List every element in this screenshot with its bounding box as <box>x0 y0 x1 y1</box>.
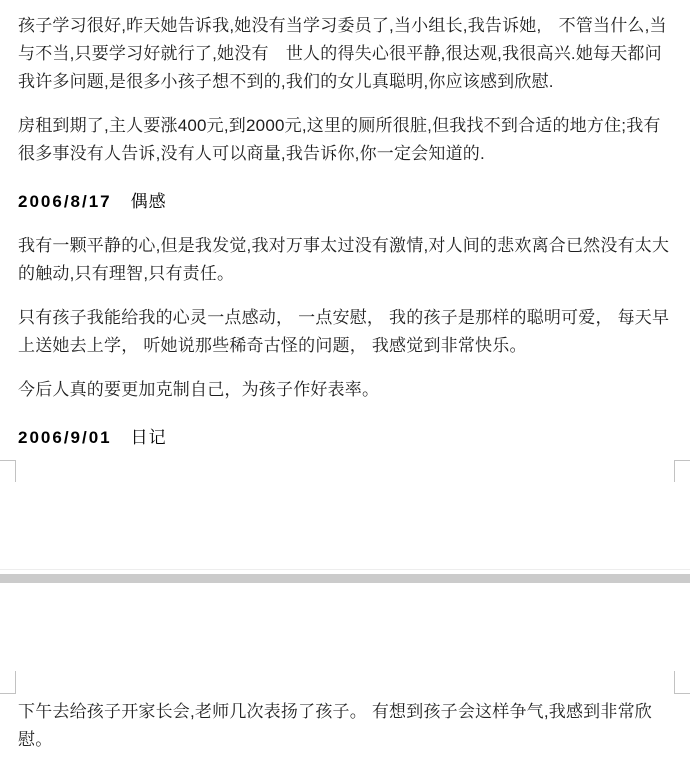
paragraph-only-child: 只有孩子我能给我的心灵一点感动， 一点安慰， 我的孩子是那样的聪明可爱， 每天早… <box>18 304 672 360</box>
paragraph-self-restraint: 今后人真的要更加克制自己，为孩子作好表率。 <box>18 376 672 404</box>
text-boundary-mark-bottom-left <box>0 460 16 482</box>
entry-date-1: 2006/8/17 <box>18 192 112 211</box>
document-view: 孩子学习很好,昨天她告诉我,她没有当学习委员了,当小组长,我告诉她, 不管当什么… <box>0 0 690 765</box>
paragraph-calm-heart: 我有一颗平静的心,但是我发觉,我对万事太过没有激情,对人间的悲欢离合已然没有太大… <box>18 232 672 288</box>
entry-title-1: 偶感 <box>131 192 167 211</box>
entry-date-2: 2006/9/01 <box>18 428 112 447</box>
paragraph-child-study: 孩子学习很好,昨天她告诉我,她没有当学习委员了,当小组长,我告诉她, 不管当什么… <box>18 12 672 96</box>
page-2: 下午去给孩子开家长会,老师几次表扬了孩子。 有想到孩子会这样争气,我感到非常欣慰… <box>0 583 690 764</box>
text-boundary-mark-bottom-right <box>674 460 690 482</box>
text-boundary-mark-top-left <box>0 671 16 694</box>
entry-heading-2: 2006/9/01 日记 <box>18 424 672 452</box>
page-separator <box>0 574 690 583</box>
entry-title-2: 日记 <box>131 428 167 447</box>
paragraph-rent: 房租到期了,主人要涨400元,到2000元,这里的厕所很脏,但我找不到合适的地方… <box>18 112 672 168</box>
entry-heading-1: 2006/8/17 偶感 <box>18 188 672 216</box>
paragraph-parent-meeting: 下午去给孩子开家长会,老师几次表扬了孩子。 有想到孩子会这样争气,我感到非常欣慰… <box>18 698 672 754</box>
text-boundary-mark-top-right <box>674 671 690 694</box>
page-1: 孩子学习很好,昨天她告诉我,她没有当学习委员了,当小组长,我告诉她, 不管当什么… <box>0 0 690 570</box>
